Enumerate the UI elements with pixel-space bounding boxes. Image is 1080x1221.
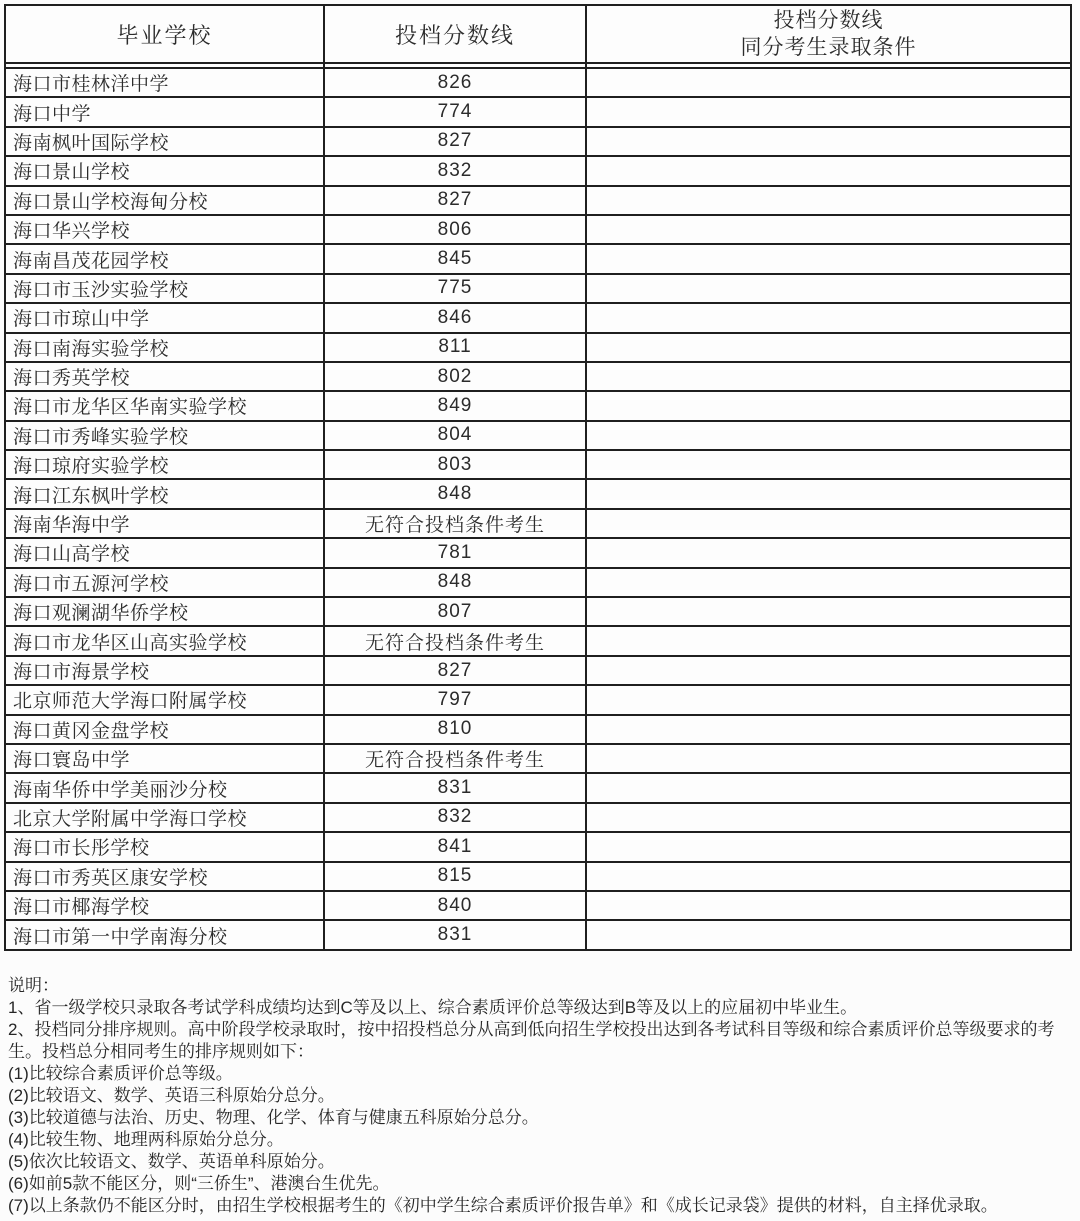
table-row: 海口江东枫叶学校848	[5, 479, 1071, 508]
school-cell: 海南华侨中学美丽沙分校	[5, 773, 324, 802]
school-cell: 海口黄冈金盘学校	[5, 715, 324, 744]
note-line: (1)比较综合素质评价总等级。	[8, 1063, 1074, 1085]
school-cell: 海口琼府实验学校	[5, 450, 324, 479]
condition-cell	[586, 421, 1071, 450]
score-cell: 846	[324, 303, 586, 332]
school-cell: 海口寰岛中学	[5, 744, 324, 773]
score-cell: 815	[324, 862, 586, 891]
score-cell: 无符合投档条件考生	[324, 509, 586, 538]
score-cell: 831	[324, 920, 586, 949]
condition-cell	[586, 538, 1071, 567]
note-line: (4)比较生物、地理两科原始分总分。	[8, 1129, 1074, 1151]
table-header-row: 毕业学校 投档分数线 投档分数线 同分考生录取条件	[5, 5, 1071, 63]
condition-cell	[586, 479, 1071, 508]
school-cell: 北京师范大学海口附属学校	[5, 685, 324, 714]
score-cell: 774	[324, 97, 586, 126]
table-row: 海口黄冈金盘学校810	[5, 715, 1071, 744]
condition-cell	[586, 773, 1071, 802]
condition-cell	[586, 862, 1071, 891]
notes-section: 说明： 1、省一级学校只录取各考试学科成绩均达到C等及以上、综合素质评价总等级达…	[8, 975, 1074, 1217]
condition-cell	[586, 215, 1071, 244]
condition-cell	[586, 156, 1071, 185]
condition-cell	[586, 303, 1071, 332]
table-row: 海口市长彤学校841	[5, 832, 1071, 861]
note-line: 2、投档同分排序规则。高中阶段学校录取时，按中招投档总分从高到低向招生学校投出达…	[8, 1019, 1074, 1063]
school-cell: 海口市龙华区山高实验学校	[5, 626, 324, 655]
table-row: 海口中学774	[5, 97, 1071, 126]
condition-cell	[586, 509, 1071, 538]
school-cell: 海南华海中学	[5, 509, 324, 538]
school-cell: 海口景山学校海甸分校	[5, 186, 324, 215]
table-row: 海口市秀峰实验学校804	[5, 421, 1071, 450]
condition-cell	[586, 597, 1071, 626]
table-row: 海口市秀英区康安学校815	[5, 862, 1071, 891]
condition-cell	[586, 362, 1071, 391]
score-cell: 无符合投档条件考生	[324, 744, 586, 773]
condition-cell	[586, 97, 1071, 126]
condition-cell	[586, 568, 1071, 597]
school-cell: 海口市琼山中学	[5, 303, 324, 332]
table-row: 海口华兴学校806	[5, 215, 1071, 244]
table-row: 北京师范大学海口附属学校797	[5, 685, 1071, 714]
school-cell: 海南枫叶国际学校	[5, 127, 324, 156]
table-row: 海口市第一中学南海分校831	[5, 920, 1071, 949]
condition-cell	[586, 891, 1071, 920]
condition-cell	[586, 715, 1071, 744]
table-row: 海口秀英学校802	[5, 362, 1071, 391]
score-cell: 803	[324, 450, 586, 479]
notes-title: 说明：	[8, 975, 1074, 997]
condition-cell	[586, 450, 1071, 479]
condition-cell	[586, 803, 1071, 832]
note-line: (7)以上条款仍不能区分时，由招生学校根据考生的《初中学生综合素质评价报告单》和…	[8, 1195, 1074, 1217]
school-cell: 北京大学附属中学海口学校	[5, 803, 324, 832]
school-cell: 海口华兴学校	[5, 215, 324, 244]
table-row: 海口市桂林洋中学826	[5, 68, 1071, 97]
score-cell: 849	[324, 391, 586, 420]
school-cell: 海口南海实验学校	[5, 333, 324, 362]
condition-cell	[586, 626, 1071, 655]
score-cell: 806	[324, 215, 586, 244]
condition-cell	[586, 274, 1071, 303]
condition-cell	[586, 68, 1071, 97]
table-row: 海口琼府实验学校803	[5, 450, 1071, 479]
condition-cell	[586, 333, 1071, 362]
school-cell: 海口市秀峰实验学校	[5, 421, 324, 450]
table-row: 海口市椰海学校840	[5, 891, 1071, 920]
table-row: 北京大学附属中学海口学校832	[5, 803, 1071, 832]
table-row: 海口景山学校832	[5, 156, 1071, 185]
score-cell: 810	[324, 715, 586, 744]
table-row: 海口景山学校海甸分校827	[5, 186, 1071, 215]
note-line: (3)比较道德与法治、历史、物理、化学、体育与健康五科原始分总分。	[8, 1107, 1074, 1129]
school-cell: 海口观澜湖华侨学校	[5, 597, 324, 626]
table-row: 海口观澜湖华侨学校807	[5, 597, 1071, 626]
score-cell: 781	[324, 538, 586, 567]
table-row: 海南华海中学无符合投档条件考生	[5, 509, 1071, 538]
score-cell: 827	[324, 127, 586, 156]
school-cell: 海口市海景学校	[5, 656, 324, 685]
school-cell: 海口市玉沙实验学校	[5, 274, 324, 303]
score-cell: 827	[324, 656, 586, 685]
score-cell: 804	[324, 421, 586, 450]
score-cell: 775	[324, 274, 586, 303]
condition-cell	[586, 920, 1071, 949]
score-cell: 802	[324, 362, 586, 391]
condition-cell	[586, 685, 1071, 714]
score-cell: 826	[324, 68, 586, 97]
note-line: 1、省一级学校只录取各考试学科成绩均达到C等及以上、综合素质评价总等级达到B等及…	[8, 997, 1074, 1019]
score-cell: 797	[324, 685, 586, 714]
school-cell: 海口市龙华区华南实验学校	[5, 391, 324, 420]
score-cell: 845	[324, 244, 586, 273]
table-row: 海南华侨中学美丽沙分校831	[5, 773, 1071, 802]
table-row: 海口市玉沙实验学校775	[5, 274, 1071, 303]
score-cell: 848	[324, 568, 586, 597]
table-row: 海南昌茂花园学校845	[5, 244, 1071, 273]
score-cell: 841	[324, 832, 586, 861]
score-cell: 832	[324, 156, 586, 185]
note-line: (5)依次比较语文、数学、英语单科原始分。	[8, 1151, 1074, 1173]
school-cell: 海口市第一中学南海分校	[5, 920, 324, 949]
table-row: 海口寰岛中学无符合投档条件考生	[5, 744, 1071, 773]
condition-cell	[586, 656, 1071, 685]
score-cell: 无符合投档条件考生	[324, 626, 586, 655]
table-row: 海口市海景学校827	[5, 656, 1071, 685]
school-cell: 海口景山学校	[5, 156, 324, 185]
table-row: 海南枫叶国际学校827	[5, 127, 1071, 156]
admission-score-table: 毕业学校 投档分数线 投档分数线 同分考生录取条件 海口市桂林洋中学826海口中…	[4, 4, 1072, 951]
table-row: 海口市龙华区华南实验学校849	[5, 391, 1071, 420]
school-cell: 海南昌茂花园学校	[5, 244, 324, 273]
table-row: 海口山高学校781	[5, 538, 1071, 567]
score-cell: 827	[324, 186, 586, 215]
notes-lines: 1、省一级学校只录取各考试学科成绩均达到C等及以上、综合素质评价总等级达到B等及…	[8, 997, 1074, 1217]
header-score: 投档分数线	[324, 5, 586, 63]
note-line: (2)比较语文、数学、英语三科原始分总分。	[8, 1085, 1074, 1107]
school-cell: 海口市五源河学校	[5, 568, 324, 597]
condition-cell	[586, 391, 1071, 420]
score-cell: 831	[324, 773, 586, 802]
header-condition: 投档分数线 同分考生录取条件	[586, 5, 1071, 63]
school-cell: 海口市桂林洋中学	[5, 68, 324, 97]
condition-cell	[586, 244, 1071, 273]
score-cell: 840	[324, 891, 586, 920]
score-cell: 807	[324, 597, 586, 626]
school-cell: 海口中学	[5, 97, 324, 126]
table-row: 海口市龙华区山高实验学校无符合投档条件考生	[5, 626, 1071, 655]
condition-cell	[586, 127, 1071, 156]
condition-cell	[586, 832, 1071, 861]
condition-cell	[586, 186, 1071, 215]
table-row: 海口市琼山中学846	[5, 303, 1071, 332]
school-cell: 海口市长彤学校	[5, 832, 324, 861]
table-row: 海口市五源河学校848	[5, 568, 1071, 597]
table-body: 海口市桂林洋中学826海口中学774海南枫叶国际学校827海口景山学校832海口…	[5, 68, 1071, 950]
school-cell: 海口江东枫叶学校	[5, 479, 324, 508]
school-cell: 海口市椰海学校	[5, 891, 324, 920]
school-cell: 海口市秀英区康安学校	[5, 862, 324, 891]
score-cell: 848	[324, 479, 586, 508]
condition-cell	[586, 744, 1071, 773]
note-line: (6)如前5款不能区分，则“三侨生”、港澳台生优先。	[8, 1173, 1074, 1195]
header-school: 毕业学校	[5, 5, 324, 63]
table-row: 海口南海实验学校811	[5, 333, 1071, 362]
score-cell: 832	[324, 803, 586, 832]
score-cell: 811	[324, 333, 586, 362]
school-cell: 海口秀英学校	[5, 362, 324, 391]
school-cell: 海口山高学校	[5, 538, 324, 567]
